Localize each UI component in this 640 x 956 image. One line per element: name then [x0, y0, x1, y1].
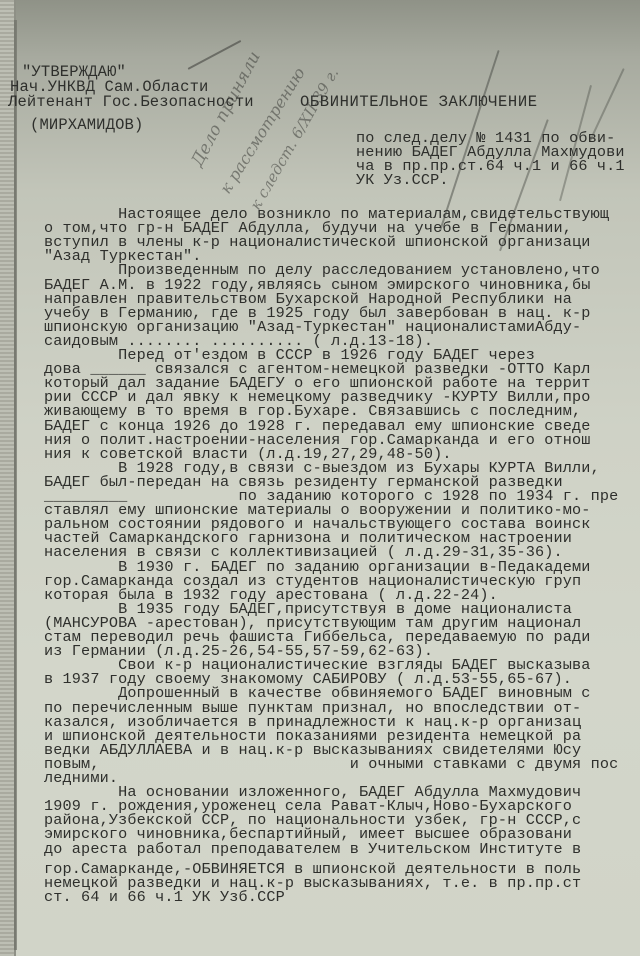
body-text-line: повым, и очными ставками с двумя пос: [44, 757, 618, 772]
indictment-document: "УТВЕРЖДАЮ" Нач.УНКВД Сам.Области Лейтен…: [0, 0, 640, 956]
case-reference-line: УК Уз.ССР.: [356, 173, 449, 188]
approver-name: (МИРХАМИДОВ): [30, 118, 143, 133]
body-text-line: до ареста работал преподавателем в Учите…: [44, 842, 581, 857]
body-text-line: ст. 64 и 66 ч.1 УК Узб.ССР: [44, 890, 285, 905]
pen-stroke: [188, 40, 242, 70]
document-title: ОБВИНИТЕЛЬНОЕ ЗАКЛЮЧЕНИЕ: [300, 95, 538, 110]
